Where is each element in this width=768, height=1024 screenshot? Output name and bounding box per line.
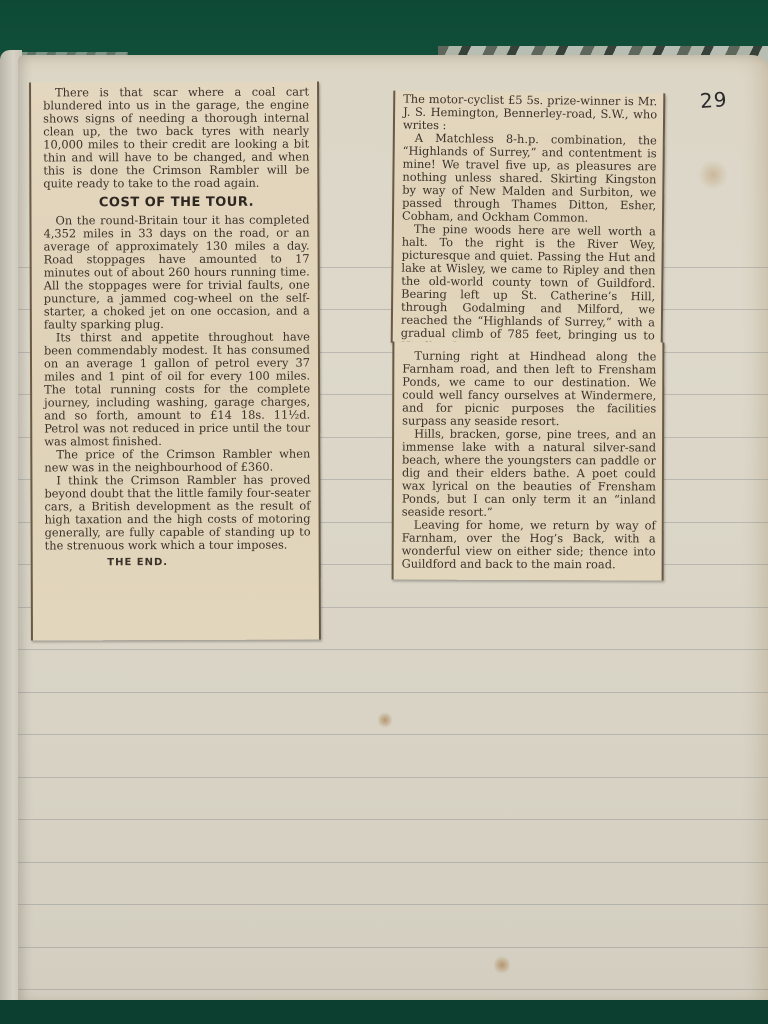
clipping-paragraph: There is that scar where a coal cart blu… [43,86,309,191]
ruled-line [18,734,768,735]
ruled-line [18,649,768,650]
clipping-paragraph: A Matchless 8-h.p. combination, the “Hig… [402,132,657,226]
newspaper-clipping-cost-of-tour: There is that scar where a coal cart blu… [29,81,321,640]
end-marker: THE END. [45,556,311,570]
newspaper-clipping-motorcyclist-bottom: Turning right at Hindhead along the Farn… [392,342,665,581]
foxing-stain [378,711,392,729]
ruled-line [18,947,768,948]
ruled-line [18,692,768,693]
ruled-line [18,862,768,863]
ruled-line [18,989,768,990]
handwritten-page-number: 29 [699,87,728,113]
clipping-paragraph: On the round-Britain tour it has complet… [43,214,309,332]
clipping-paragraph: Turning right at Hindhead along the Farn… [402,350,656,429]
clipping-paragraph: Leaving for home, we return by way of Fa… [402,519,656,572]
ruled-line [18,904,768,905]
foxing-stain [698,160,728,190]
book-cover-bottom [0,1000,768,1024]
ruled-line [18,777,768,778]
clipping-paragraph: Hills, bracken, gorse, pine trees, and a… [402,428,656,520]
clipping-paragraph: Its thirst and appetite throughout have … [44,331,310,449]
clipping-intro: The motor-cyclist £5 5s. prize-winner is… [403,93,657,135]
clipping-heading: COST OF THE TOUR. [43,196,309,210]
clipping-paragraph: The price of the Crimson Rambler when ne… [44,448,310,475]
ruled-line [18,819,768,820]
newspaper-clipping-motorcyclist-top: The motor-cyclist £5 5s. prize-winner is… [391,91,666,346]
clipping-paragraph: I think the Crimson Rambler has proved b… [44,474,310,553]
foxing-stain [494,955,510,975]
